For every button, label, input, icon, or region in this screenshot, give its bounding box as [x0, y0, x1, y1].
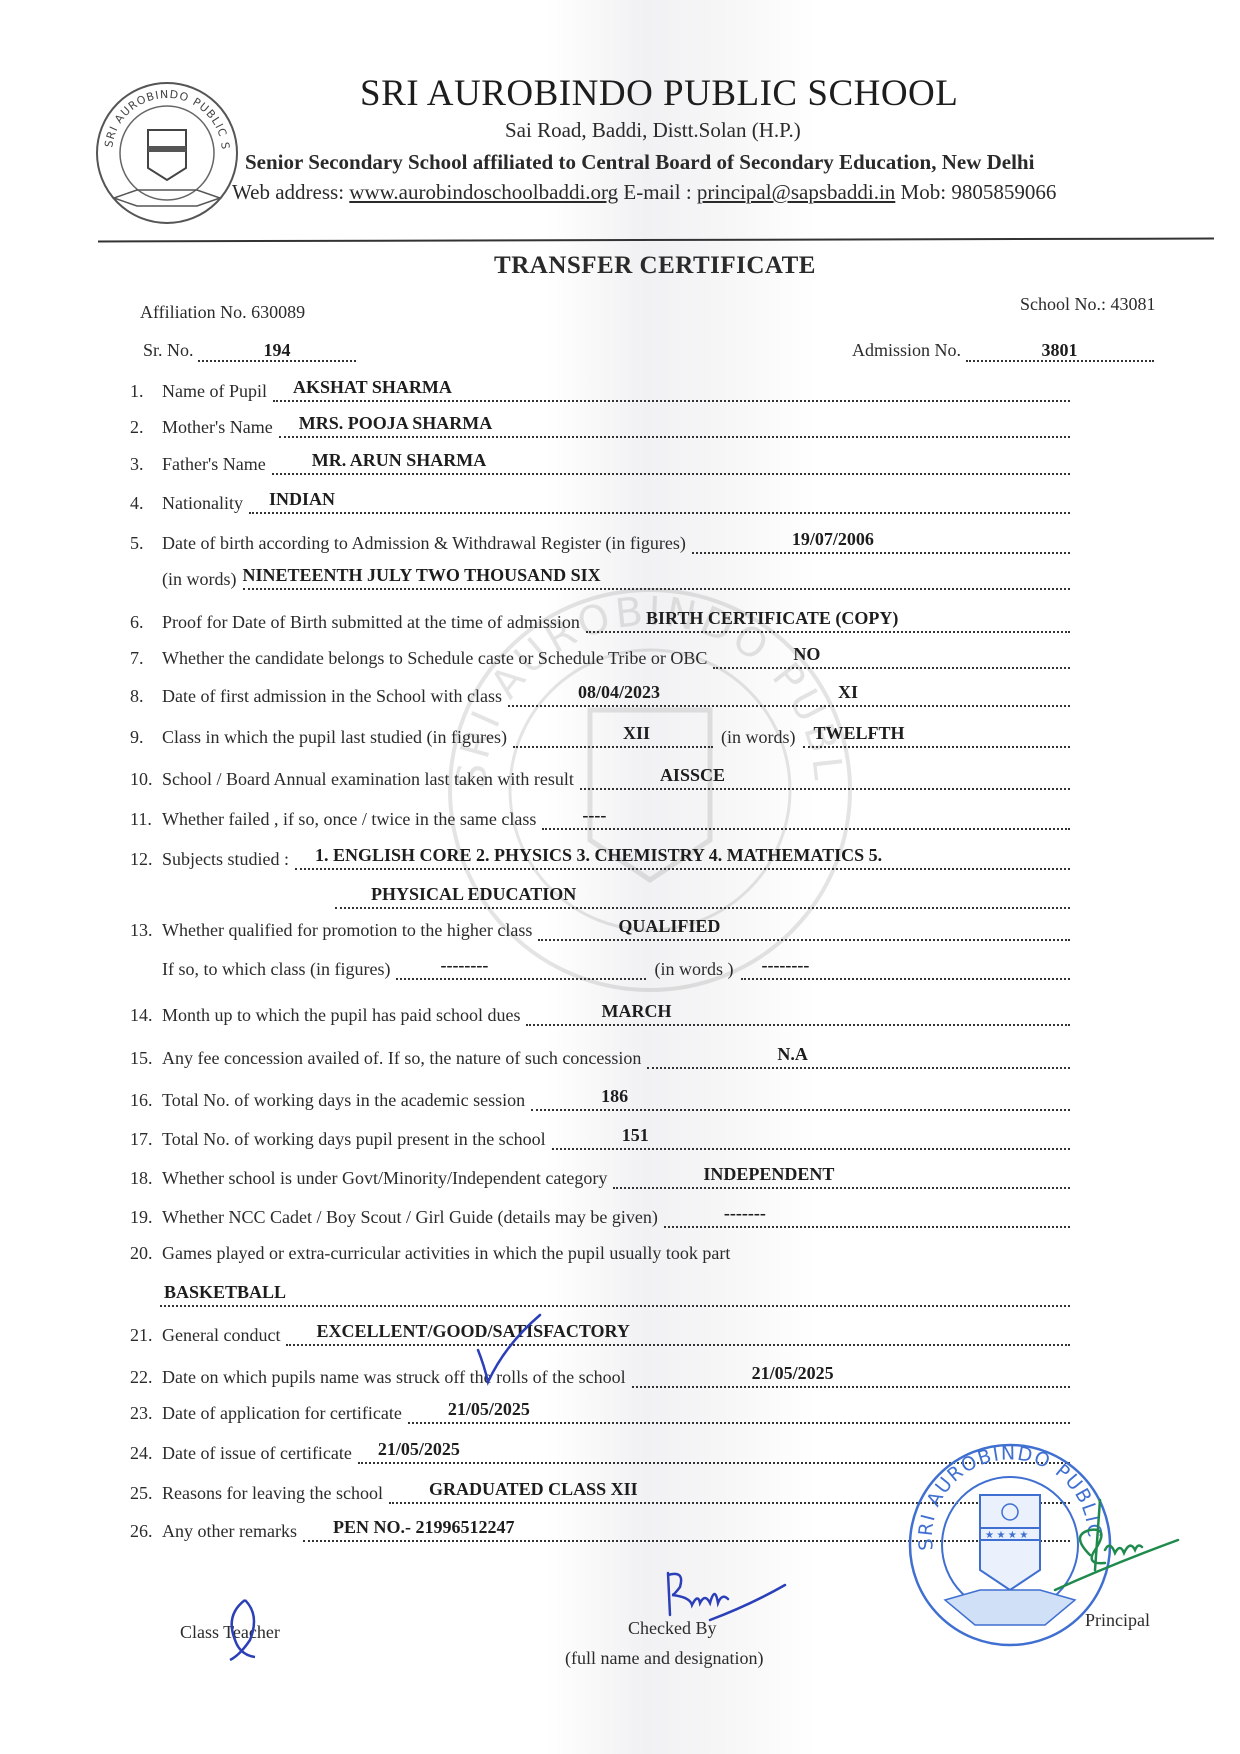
field-mid-label: (in words) [721, 727, 796, 748]
field-number: 18. [130, 1168, 162, 1189]
principal-signature-icon [1050, 1495, 1180, 1595]
field-value: 21/05/2025 [752, 1363, 834, 1384]
field-value-line: MARCH [526, 1002, 1070, 1026]
field-value-line: ---- [542, 806, 1070, 830]
field-number: 8. [130, 686, 162, 707]
field-value: 21/05/2025 [378, 1439, 460, 1460]
field-value-line: 1. ENGLISH CORE 2. PHYSICS 3. CHEMISTRY … [295, 846, 1070, 870]
school-logo-icon: SRI AUROBINDO PUBLIC SCHOOL [92, 78, 242, 228]
field-value: GRADUATED CLASS XII [429, 1479, 638, 1500]
field-value: PEN NO.- 21996512247 [333, 1517, 515, 1538]
field-label: Games played or extra-curricular activit… [162, 1243, 730, 1264]
field-value: QUALIFIED [618, 916, 720, 937]
field-label: Whether the candidate belongs to Schedul… [162, 648, 707, 669]
affiliation-statement: Senior Secondary School affiliated to Ce… [245, 150, 1034, 175]
field-number: 22. [130, 1367, 162, 1388]
field-number: 12. [130, 849, 162, 870]
field-value: 08/04/2023 [578, 682, 660, 703]
form-field-row: 10.School / Board Annual examination las… [130, 766, 1070, 790]
field-number: 24. [130, 1443, 162, 1464]
form-field-subrow: PHYSICAL EDUCATION [335, 885, 1070, 909]
field-value-line: AKSHAT SHARMA [273, 378, 1070, 402]
field-label: Nationality [162, 493, 243, 514]
email-label: E-mail : [623, 180, 691, 204]
field-value-line: TWELFTH [803, 724, 1070, 748]
form-field-row: 8.Date of first admission in the School … [130, 683, 1070, 707]
form-field-row: 14.Month up to which the pupil has paid … [130, 1002, 1070, 1026]
admission-number: Admission No. 3801 [852, 340, 1154, 362]
svg-text:★ ★ ★ ★: ★ ★ ★ ★ [985, 1530, 1028, 1541]
field-number: 11. [130, 809, 162, 830]
field-label: Whether qualified for promotion to the h… [162, 920, 532, 941]
field-value: 21/05/2025 [448, 1399, 530, 1420]
field-value: NO [793, 644, 820, 665]
field-label: General conduct [162, 1325, 280, 1346]
field-label: Date of birth according to Admission & W… [162, 533, 686, 554]
field-number: 1. [130, 381, 162, 402]
field-value: 151 [622, 1125, 649, 1146]
principal-label: Principal [1085, 1610, 1150, 1631]
field-value-line: AISSCE [580, 766, 1070, 790]
field-number: 4. [130, 493, 162, 514]
field-label: Total No. of working days pupil present … [162, 1129, 546, 1150]
field-value: BIRTH CERTIFICATE (COPY) [646, 608, 898, 629]
field-value: INDIAN [269, 489, 335, 510]
affiliation-number: Affiliation No. 630089 [140, 302, 305, 323]
checkmark-icon [470, 1310, 550, 1390]
mobile-label: Mob: [901, 180, 947, 204]
form-field-row: 2.Mother's NameMRS. POOJA SHARMA [130, 414, 1070, 438]
field-value-line: 08/04/2023XI [508, 683, 1070, 707]
field-value-line: MRS. POOJA SHARMA [279, 414, 1070, 438]
field-number: 5. [130, 533, 162, 554]
field-sub-value: NINETEENTH JULY TWO THOUSAND SIX [243, 565, 601, 586]
form-field-row: 23.Date of application for certificate21… [130, 1400, 1070, 1424]
field-value: AKSHAT SHARMA [293, 377, 452, 398]
field-label: Any other remarks [162, 1521, 297, 1542]
field-number: 19. [130, 1207, 162, 1228]
field-number: 16. [130, 1090, 162, 1111]
field-number: 3. [130, 454, 162, 475]
field-value: MARCH [601, 1001, 671, 1022]
field-label: Class in which the pupil last studied (i… [162, 727, 507, 748]
form-field-row: 4.NationalityINDIAN [130, 490, 1070, 514]
form-field-row: 1.Name of PupilAKSHAT SHARMA [130, 378, 1070, 402]
field-value-line: -------- [741, 956, 1070, 980]
field-value: 186 [601, 1086, 628, 1107]
field-value-line: N.A [647, 1045, 1070, 1069]
field-value-line: EXCELLENT/GOOD/SATISFACTORY [286, 1322, 1070, 1346]
field-label: Father's Name [162, 454, 266, 475]
field-mid-label: (in words ) [654, 959, 733, 980]
field-label: Total No. of working days in the academi… [162, 1090, 525, 1111]
field-continuation-value: BASKETBALL [164, 1282, 286, 1303]
field-label: Proof for Date of Birth submitted at the… [162, 612, 580, 633]
form-field-row: 21.General conductEXCELLENT/GOOD/SATISFA… [130, 1322, 1070, 1346]
field-value-line: NO [713, 645, 1070, 669]
school-name: SRI AUROBINDO PUBLIC SCHOOL [360, 72, 958, 115]
field-number: 6. [130, 612, 162, 633]
form-field-row: 19.Whether NCC Cadet / Boy Scout / Girl … [130, 1204, 1070, 1228]
field-value: N.A [777, 1044, 808, 1065]
field-value-line: -------- [396, 956, 646, 980]
class-teacher-signature-icon [220, 1595, 270, 1665]
field-value-2: XI [838, 682, 858, 703]
field-continuation-value: PHYSICAL EDUCATION [371, 884, 576, 905]
field-number: 20. [130, 1243, 162, 1264]
serial-number-value: 194 [198, 340, 356, 362]
form-field-row: 15.Any fee concession availed of. If so,… [130, 1045, 1070, 1069]
field-number: 21. [130, 1325, 162, 1346]
field-value-line: 21/05/2025 [632, 1364, 1070, 1388]
field-label: Subjects studied : [162, 849, 289, 870]
school-number: School No.: 43081 [1020, 294, 1156, 315]
serial-number: Sr. No. 194 [143, 340, 356, 362]
field-value-line: NINETEENTH JULY TWO THOUSAND SIX [243, 566, 1071, 590]
document-title: TRANSFER CERTIFICATE [0, 252, 1240, 280]
form-field-row: 16.Total No. of working days in the acad… [130, 1087, 1070, 1111]
field-value: XII [623, 723, 650, 744]
form-field-row: 11.Whether failed , if so, once / twice … [130, 806, 1070, 830]
field-number: 14. [130, 1005, 162, 1026]
field-label: Reasons for leaving the school [162, 1483, 383, 1504]
field-sub-value-2: -------- [761, 955, 809, 976]
field-value-line: INDIAN [249, 490, 1070, 514]
field-value-line: ------- [664, 1204, 1070, 1228]
form-field-row: 9.Class in which the pupil last studied … [130, 724, 1070, 748]
field-label: Whether school is under Govt/Minority/In… [162, 1168, 607, 1189]
field-sub-label: If so, to which class (in figures) [162, 959, 390, 980]
certificate-page: SRI AUROBINDO PUBLIC SCHOOL SRI AUROBIND… [0, 0, 1240, 1754]
field-value: 1. ENGLISH CORE 2. PHYSICS 3. CHEMISTRY … [315, 845, 882, 866]
contact-line: Web address: www.aurobindoschoolbaddi.or… [232, 180, 1056, 205]
field-label: Month up to which the pupil has paid sch… [162, 1005, 520, 1026]
field-label: Date of application for certificate [162, 1403, 402, 1424]
field-sub-label: (in words) [162, 569, 237, 590]
form-field-row: 7.Whether the candidate belongs to Sched… [130, 645, 1070, 669]
field-value: MRS. POOJA SHARMA [299, 413, 493, 434]
checked-by-note: (full name and designation) [565, 1648, 763, 1669]
form-field-row: 13.Whether qualified for promotion to th… [130, 917, 1070, 941]
field-label: Date of first admission in the School wi… [162, 686, 502, 707]
form-field-subrow: If so, to which class (in figures)------… [162, 956, 1070, 980]
field-value: ------- [724, 1203, 766, 1224]
field-value-2: TWELFTH [813, 723, 904, 744]
field-number: 13. [130, 920, 162, 941]
school-address: Sai Road, Baddi, Distt.Solan (H.P.) [505, 118, 801, 143]
website-link[interactable]: www.aurobindoschoolbaddi.org [349, 180, 618, 204]
field-number: 2. [130, 417, 162, 438]
form-field-subrow: BASKETBALL [160, 1283, 1070, 1307]
field-label: Mother's Name [162, 417, 273, 438]
form-field-row: 5.Date of birth according to Admission &… [130, 530, 1070, 554]
field-value-line: 19/07/2006 [692, 530, 1070, 554]
admission-number-value: 3801 [966, 340, 1154, 362]
field-label: Date on which pupils name was struck off… [162, 1367, 626, 1388]
field-value-line: PHYSICAL EDUCATION [335, 885, 1070, 909]
field-value: MR. ARUN SHARMA [312, 450, 487, 471]
field-number: 23. [130, 1403, 162, 1424]
form-field-row: 17.Total No. of working days pupil prese… [130, 1126, 1070, 1150]
field-label: Whether failed , if so, once / twice in … [162, 809, 536, 830]
field-value: 19/07/2006 [792, 529, 874, 550]
field-number: 25. [130, 1483, 162, 1504]
form-field-subrow: (in words)NINETEENTH JULY TWO THOUSAND S… [162, 566, 1070, 590]
email-link[interactable]: principal@sapsbaddi.in [697, 180, 895, 204]
field-value-line: BIRTH CERTIFICATE (COPY) [586, 609, 1070, 633]
field-number: 26. [130, 1521, 162, 1542]
web-label: Web address: [232, 180, 344, 204]
field-number: 15. [130, 1048, 162, 1069]
field-value-line: 151 [552, 1126, 1070, 1150]
field-value: INDEPENDENT [703, 1164, 834, 1185]
checked-by-signature-icon [660, 1565, 790, 1635]
field-number: 7. [130, 648, 162, 669]
field-value-line: INDEPENDENT [613, 1165, 1070, 1189]
field-value-line: 186 [531, 1087, 1070, 1111]
field-value-line: XII [513, 724, 713, 748]
field-value-line: 21/05/2025 [408, 1400, 1070, 1424]
form-field-row: 12.Subjects studied :1. ENGLISH CORE 2. … [130, 846, 1070, 870]
form-field-row: 18.Whether school is under Govt/Minority… [130, 1165, 1070, 1189]
field-number: 17. [130, 1129, 162, 1150]
field-value: AISSCE [660, 765, 725, 786]
field-value-line: BASKETBALL [160, 1283, 1070, 1307]
form-field-row: 20.Games played or extra-curricular acti… [130, 1243, 1070, 1264]
field-label: Name of Pupil [162, 381, 267, 402]
field-label: Date of issue of certificate [162, 1443, 352, 1464]
field-value-line: QUALIFIED [538, 917, 1070, 941]
form-field-row: 3.Father's NameMR. ARUN SHARMA [130, 451, 1070, 475]
field-value: ---- [582, 805, 606, 826]
header-divider [98, 238, 1214, 243]
form-field-row: 6.Proof for Date of Birth submitted at t… [130, 609, 1070, 633]
field-label: Any fee concession availed of. If so, th… [162, 1048, 641, 1069]
field-value-line: MR. ARUN SHARMA [272, 451, 1070, 475]
form-field-row: 22.Date on which pupils name was struck … [130, 1364, 1070, 1388]
field-label: Whether NCC Cadet / Boy Scout / Girl Gui… [162, 1207, 658, 1228]
mobile-number: 9805859066 [951, 180, 1056, 204]
field-number: 10. [130, 769, 162, 790]
field-number: 9. [130, 727, 162, 748]
field-label: School / Board Annual examination last t… [162, 769, 574, 790]
field-sub-value: -------- [440, 955, 488, 976]
